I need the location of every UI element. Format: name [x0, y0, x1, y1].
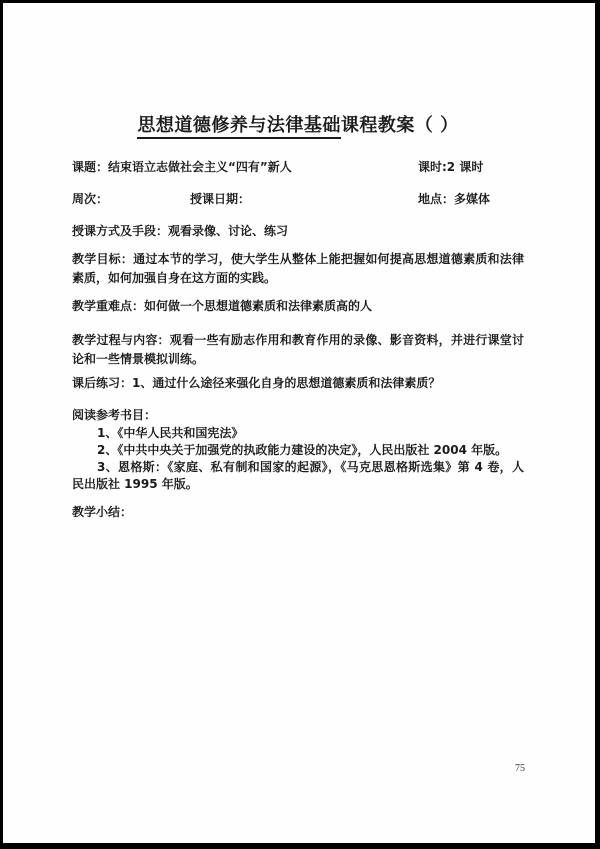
reading-list: 1、《中华人民共和国宪法》 2、《中共中央关于加强党的执政能力建设的决定》，人民… [72, 425, 524, 493]
document-content: 思想道德修养与法律基础课程教案（ ） 课题：结束语立志做社会主义“四有”新人 课… [72, 3, 524, 531]
doc-title-rest: 课程教案（ ） [341, 115, 459, 136]
field-teaching-date: 授课日期： [190, 191, 250, 207]
field-week: 周次： [72, 191, 108, 207]
paragraph-key-points: 教学重难点：如何做一个思想道德素质和法律素质高的人 [72, 297, 524, 316]
paragraph-teaching-process: 教学过程与内容：观看一些有励志作用和教育作用的录像、影音资料，并进行课堂讨论和一… [72, 331, 524, 369]
paragraph-teaching-method: 授课方式及手段：观看录像、讨论、练习 [72, 222, 524, 241]
scanned-page-frame: 思想道德修养与法律基础课程教案（ ） 课题：结束语立志做社会主义“四有”新人 课… [0, 0, 600, 849]
reading-list-item: 2、《中共中央关于加强党的执政能力建设的决定》，人民出版社 2004 年版。 [72, 442, 524, 459]
meta-row-schedule: 周次： 授课日期： 地点：多媒体 [72, 191, 524, 207]
field-class-hours: 课时:2 课时 [418, 159, 483, 175]
meta-row-topic: 课题：结束语立志做社会主义“四有”新人 课时:2 课时 [72, 159, 524, 175]
doc-title-underlined: 思想道德修养与法律基础 [137, 115, 341, 139]
reading-list-heading: 阅读参考书目： [72, 406, 524, 425]
page-number: 75 [515, 763, 525, 774]
document-page: 思想道德修养与法律基础课程教案（ ） 课题：结束语立志做社会主义“四有”新人 课… [3, 3, 595, 843]
paragraph-teaching-objective: 教学目标：通过本节的学习，使大学生从整体上能把握如何提高思想道德素质和法律素质，… [72, 250, 524, 288]
paragraph-homework: 课后练习：1、通过什么途径来强化自身的思想道德素质和法律素质？ [72, 374, 524, 393]
reading-list-item: 3、恩格斯：《家庭、私有制和国家的起源》，《马克思恩格斯选集》第 4 卷，人民出… [72, 459, 524, 493]
reading-list-item: 1、《中华人民共和国宪法》 [72, 425, 524, 442]
field-location: 地点：多媒体 [418, 191, 490, 207]
field-course-topic: 课题：结束语立志做社会主义“四有”新人 [72, 159, 292, 175]
doc-title: 思想道德修养与法律基础课程教案（ ） [72, 113, 524, 139]
paragraph-teaching-summary: 教学小结： [72, 503, 524, 522]
